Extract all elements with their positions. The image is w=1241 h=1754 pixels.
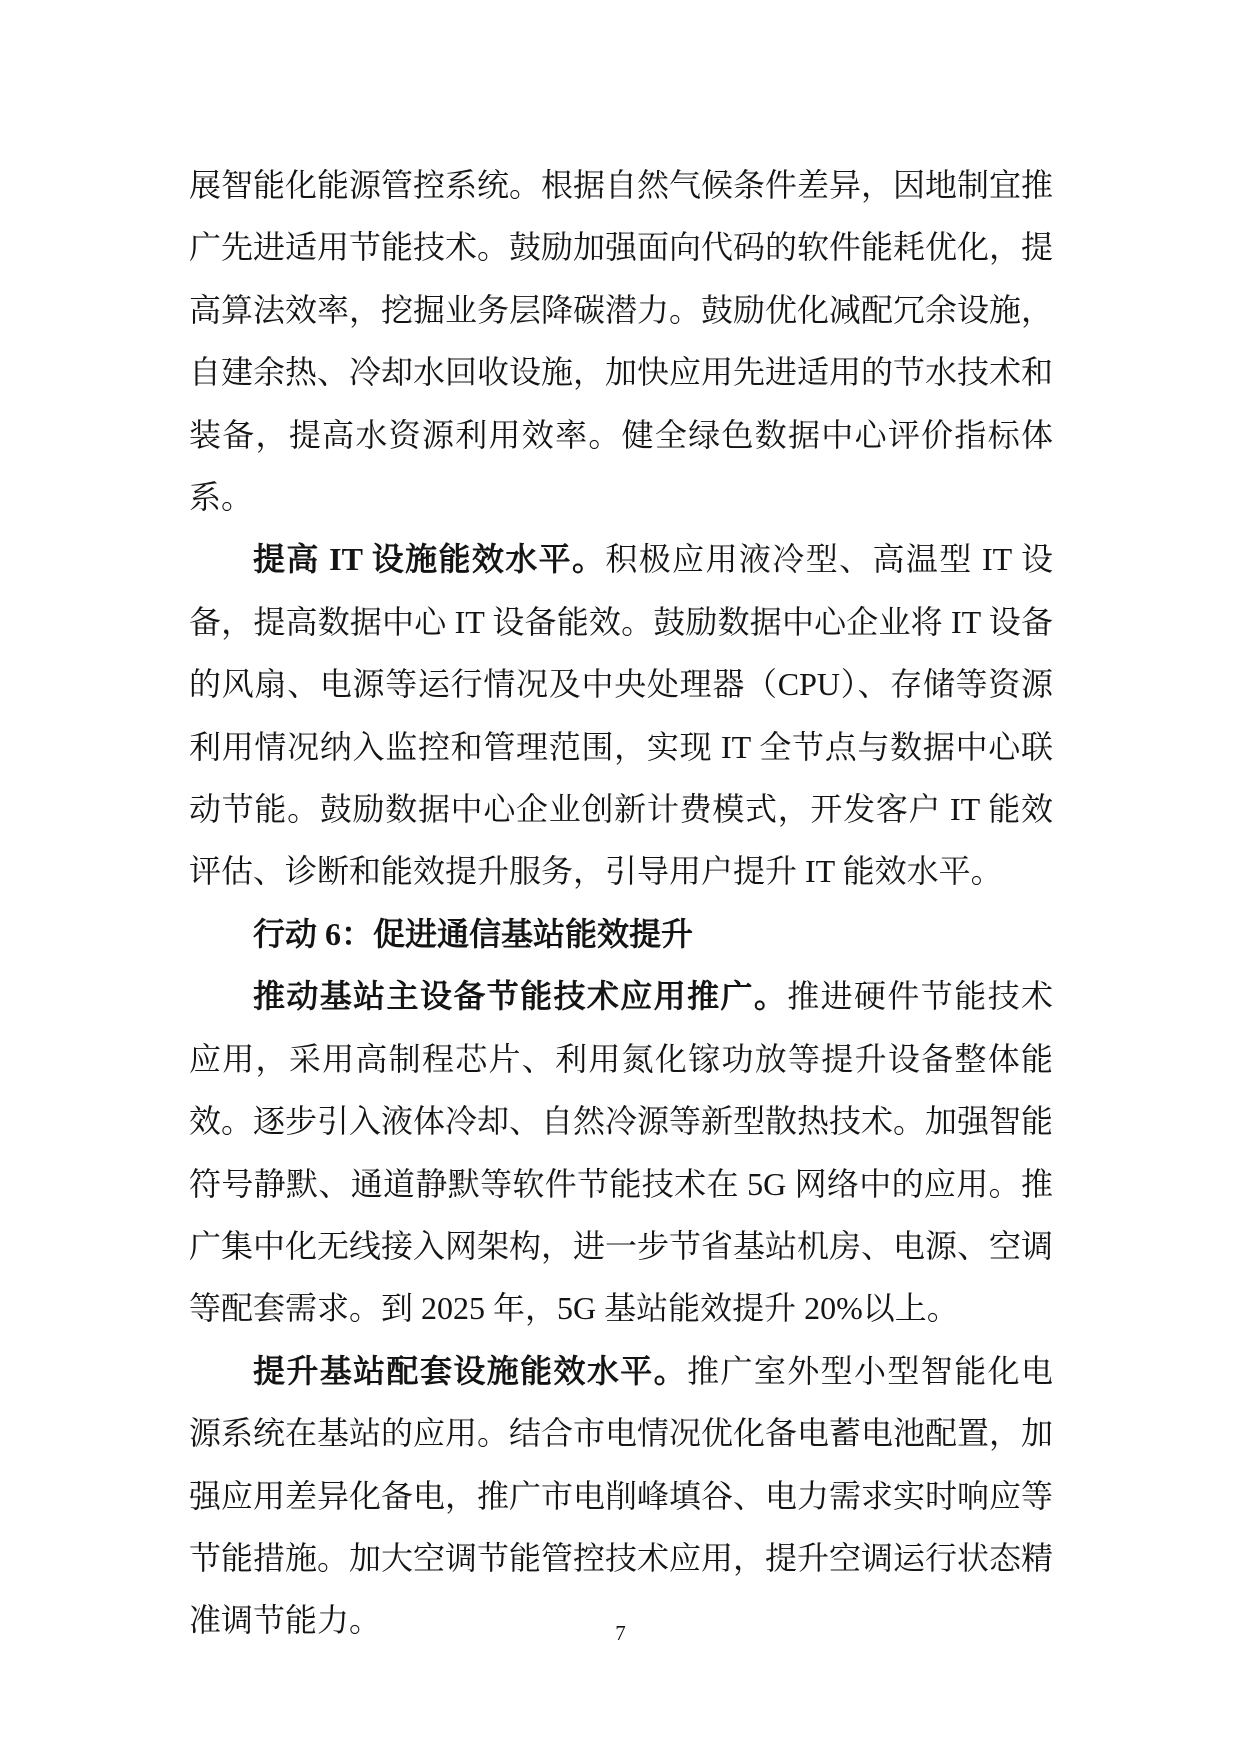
paragraph-base-station-supporting-facilities: 提升基站配套设施能效水平。推广室外型小型智能化电源系统在基站的应用。结合市电情况… [189, 1340, 1053, 1652]
paragraph-base-station-main-equipment: 推动基站主设备节能技术应用推广。推进硬件节能技术应用，采用高制程芯片、利用氮化镓… [189, 965, 1053, 1339]
paragraph-text: 展智能化能源管控系统。根据自然气候条件差异，因地制宜推广先进适用节能技术。鼓励加… [189, 167, 1053, 515]
page-footer: 7 [0, 1618, 1241, 1648]
action-6-heading: 行动 6：促进通信基站能效提升 [189, 903, 1053, 965]
paragraph-lead: 提高 IT 设施能效水平。 [253, 541, 605, 577]
paragraph-it-efficiency: 提高 IT 设施能效水平。积极应用液冷型、高温型 IT 设备，提高数据中心 IT… [189, 528, 1053, 902]
paragraph-continuation: 展智能化能源管控系统。根据自然气候条件差异，因地制宜推广先进适用节能技术。鼓励加… [189, 154, 1053, 528]
paragraph-text: 推进硬件节能技术应用，采用高制程芯片、利用氮化镓功放等提升设备整体能效。逐步引入… [189, 978, 1053, 1326]
paragraph-lead: 提升基站配套设施能效水平。 [253, 1353, 687, 1389]
paragraph-lead: 推动基站主设备节能技术应用推广。 [253, 978, 787, 1014]
document-body: 展智能化能源管控系统。根据自然气候条件差异，因地制宜推广先进适用节能技术。鼓励加… [189, 154, 1053, 1652]
page-number: 7 [615, 1621, 626, 1645]
document-page: 展智能化能源管控系统。根据自然气候条件差异，因地制宜推广先进适用节能技术。鼓励加… [0, 0, 1241, 1754]
paragraph-text: 推广室外型小型智能化电源系统在基站的应用。结合市电情况优化备电蓄电池配置，加强应… [189, 1353, 1053, 1639]
action-heading-text: 行动 6：促进通信基站能效提升 [253, 916, 693, 952]
paragraph-text: 积极应用液冷型、高温型 IT 设备，提高数据中心 IT 设备能效。鼓励数据中心企… [189, 541, 1053, 889]
